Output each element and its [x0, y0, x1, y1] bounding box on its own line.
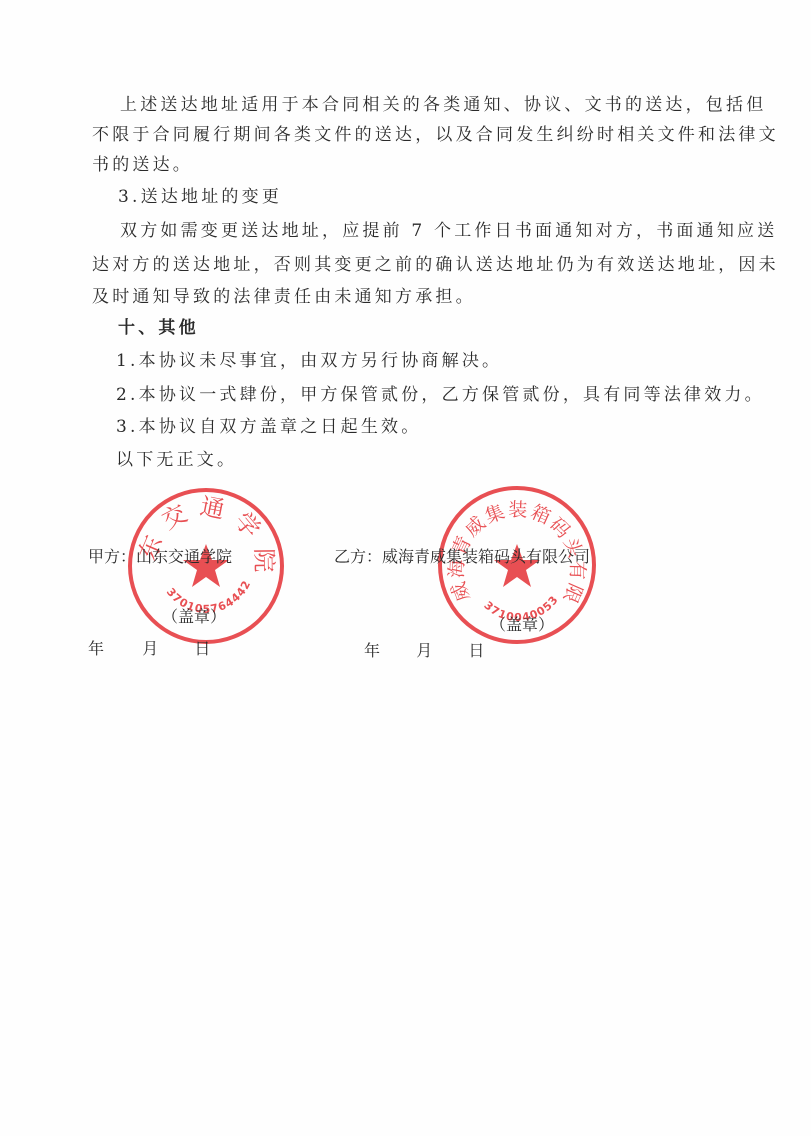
clause-item: 2.本协议一式肆份，甲方保管贰份，乙方保管贰份，具有同等法律效力。	[116, 385, 765, 405]
date-month: 月	[142, 636, 158, 659]
body-text-line: 达对方的送达地址，否则其变更之前的确认送达地址仍为有效送达地址，因未	[92, 255, 779, 275]
section-heading: 十、其他	[118, 318, 199, 338]
party-a-date: 年 月 日	[88, 636, 210, 659]
party-b-label: 乙方：威海青威集装箱码头有限公司	[334, 544, 590, 567]
document-page: 上述送达地址适用于本合同相关的各类通知、协议、文书的送达，包括但 不限于合同履行…	[0, 0, 811, 1136]
section-subheading: 3.送达地址的变更	[118, 187, 282, 207]
body-text-line: 书的送达。	[92, 155, 193, 175]
closing-text: 以下无正文。	[116, 450, 237, 470]
party-b-date: 年 月 日	[364, 638, 484, 661]
clause-item: 1.本协议未尽事宜，由双方另行协商解决。	[116, 351, 502, 371]
date-day: 日	[194, 636, 210, 659]
body-text-line: 上述送达地址适用于本合同相关的各类通知、协议、文书的送达，包括但	[120, 95, 766, 115]
body-text-line: 及时通知导致的法律责任由未通知方承担。	[92, 287, 476, 307]
date-year: 年	[88, 636, 104, 659]
party-a-label: 甲方：山东交通学院	[88, 544, 232, 567]
date-day: 日	[468, 638, 484, 661]
body-text-line: 双方如需变更送达地址，应提前 7 个工作日书面通知对方，书面通知应送	[120, 221, 777, 241]
clause-item: 3.本协议自双方盖章之日起生效。	[116, 417, 421, 437]
svg-text:威海青威集装箱码头有限公司: 威海青威集装箱码头有限公司	[431, 473, 588, 608]
party-a-stamp-note: （盖章）	[162, 604, 226, 627]
party-b-stamp-note: （盖章）	[490, 612, 554, 635]
date-month: 月	[416, 638, 432, 661]
date-year: 年	[364, 638, 380, 661]
body-text-line: 不限于合同履行期间各类文件的送达，以及合同发生纠纷时相关文件和法律文	[92, 125, 779, 145]
